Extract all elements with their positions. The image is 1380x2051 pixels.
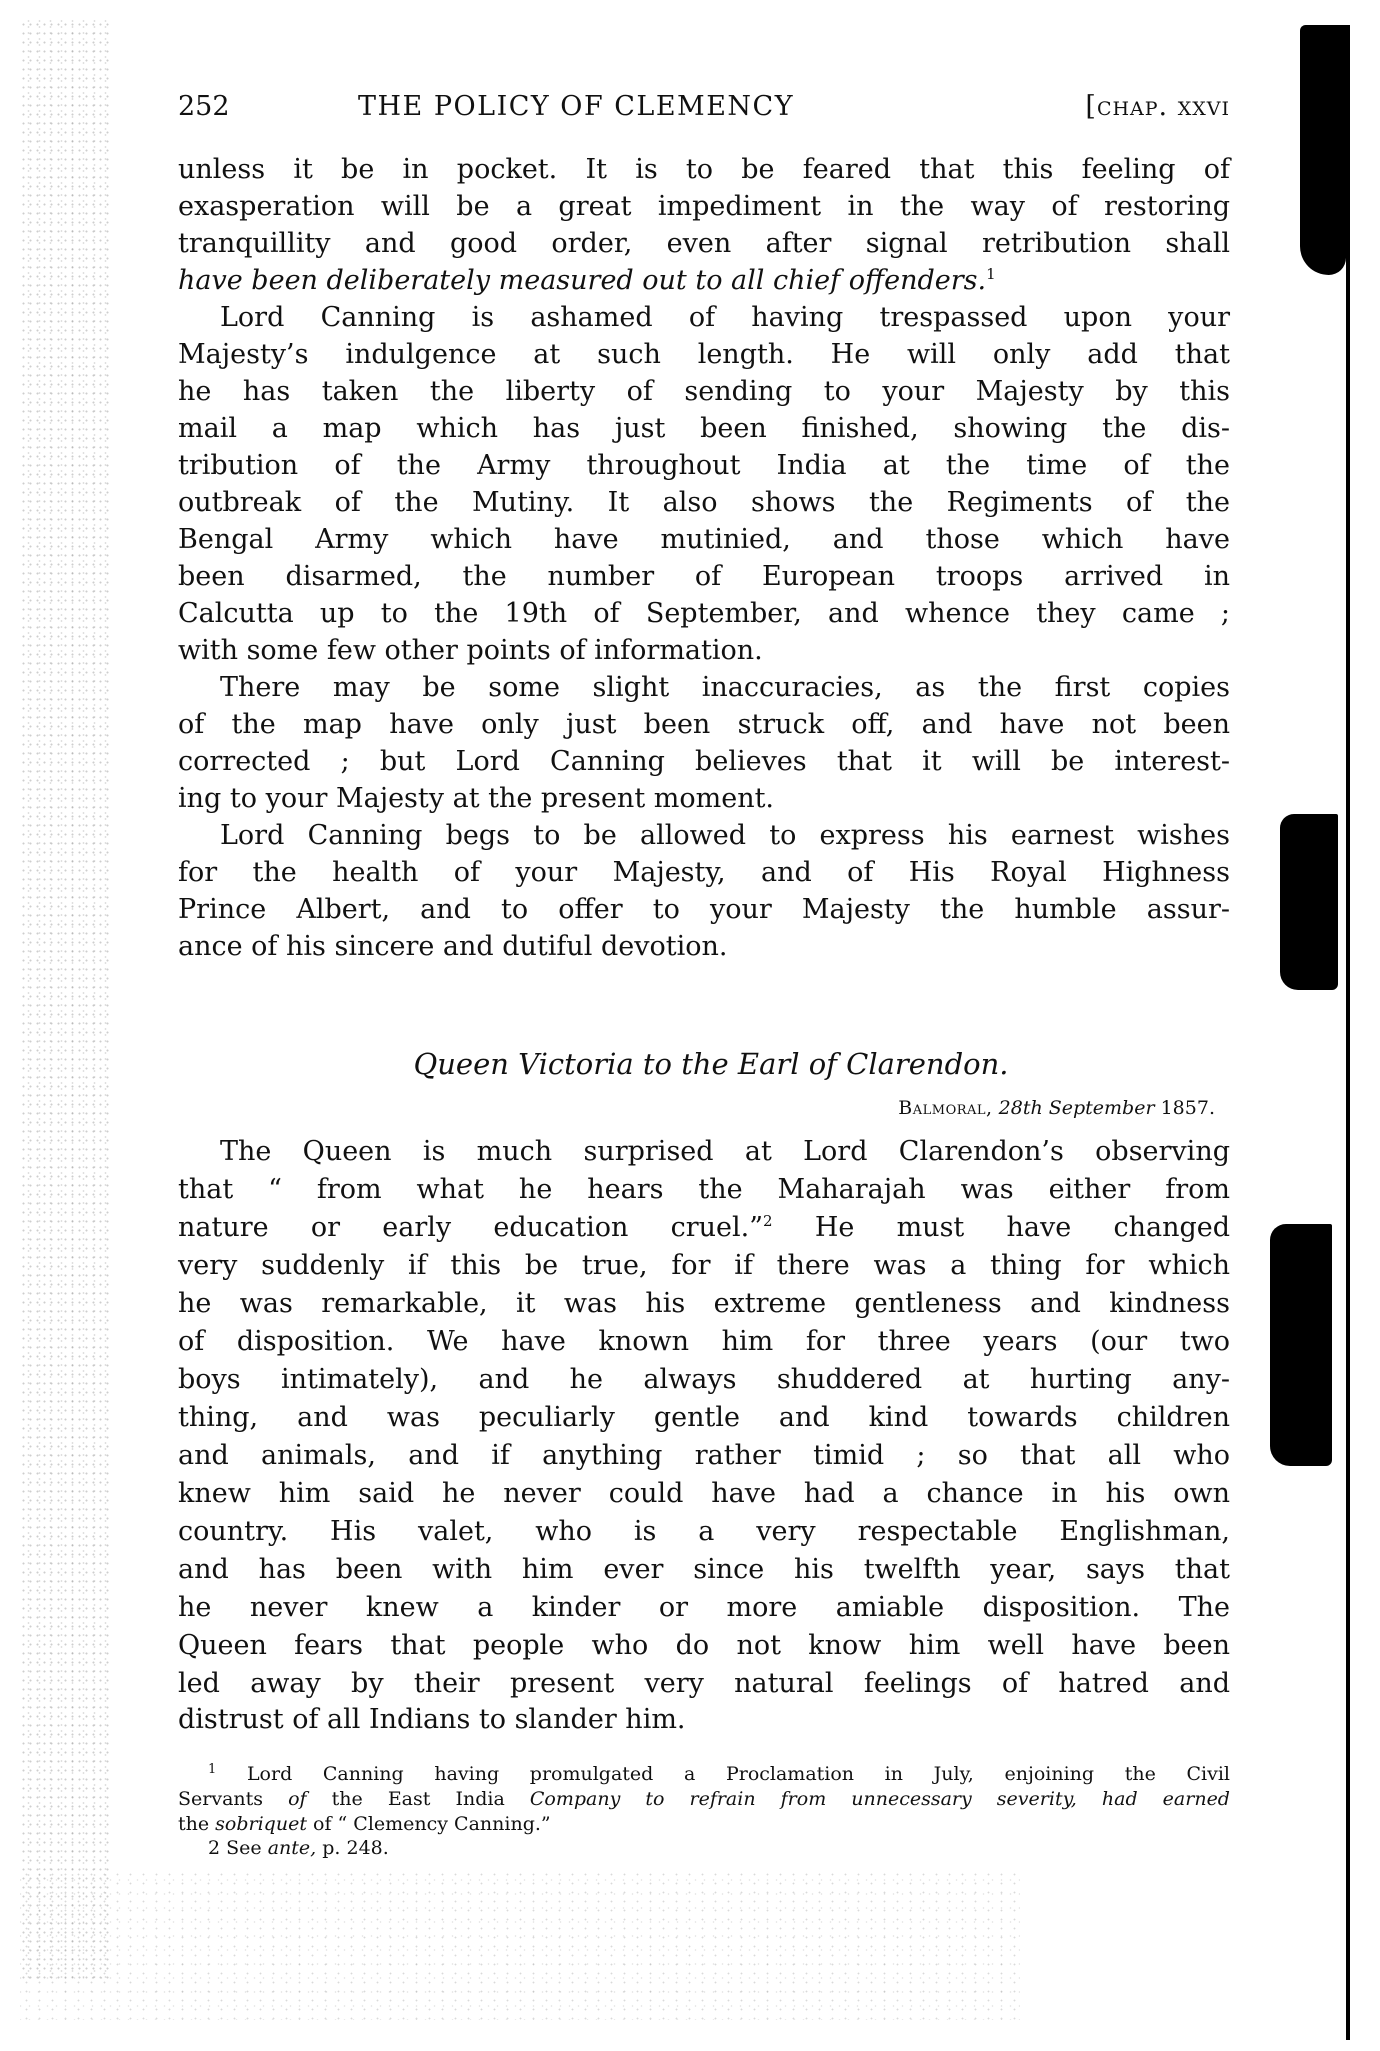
book-page: 252 THE POLICY OF CLEMENCY [chap. xxvi u… xyxy=(0,0,1380,2051)
body-line: outbreak of the Mutiny. It also shows th… xyxy=(178,484,1230,521)
body-line: thing, and was peculiarly gentle and kin… xyxy=(178,1399,1230,1436)
body-line: Prince Albert, and to offer to your Maje… xyxy=(178,891,1230,928)
footnote-text-italic: of xyxy=(288,1788,306,1810)
body-line: Bengal Army which have mutinied, and tho… xyxy=(178,521,1230,558)
body-line-text: He must have changed xyxy=(815,1212,1230,1243)
body-line: There may be some slight inaccuracies, a… xyxy=(178,669,1230,706)
body-line: The Queen is much surprised at Lord Clar… xyxy=(178,1133,1230,1170)
footnote-text-italic: ante, xyxy=(268,1837,316,1859)
body-line: Lord Canning begs to be allowed to expre… xyxy=(178,817,1230,854)
footnote-text: Servants xyxy=(178,1788,263,1810)
page-edge-line xyxy=(1346,25,1350,2040)
body-line: he was remarkable, it was his extreme ge… xyxy=(178,1285,1230,1322)
body-line: nature or early education cruel.”2 He mu… xyxy=(178,1209,1230,1246)
scan-edge-shadow-middle xyxy=(1280,814,1338,990)
body-line: that “ from what he hears the Maharajah … xyxy=(178,1171,1230,1208)
body-line: boys intimately), and he always shuddere… xyxy=(178,1361,1230,1398)
footnote-ref-1[interactable]: 1 xyxy=(986,265,996,283)
body-line: ance of his sincere and dutiful devotion… xyxy=(178,928,1230,965)
page-number: 252 xyxy=(178,88,230,125)
footnote-ref-2[interactable]: 2 xyxy=(763,1212,773,1230)
letter-title: Queen Victoria to the Earl of Clarendon. xyxy=(178,1046,1230,1083)
body-line: and has been with him ever since his twe… xyxy=(178,1551,1230,1588)
body-line: have been deliberately measured out to a… xyxy=(178,262,1230,299)
footnote-text: the xyxy=(178,1813,209,1835)
body-line: of the map have only just been struck of… xyxy=(178,706,1230,743)
footnote-1-line: 1 Lord Canning having promulgated a Proc… xyxy=(178,1762,1230,1787)
dateline-place: Balmoral, xyxy=(898,1097,992,1119)
body-line: Queen fears that people who do not know … xyxy=(178,1627,1230,1664)
footnote-text-italic: sobriquet xyxy=(215,1813,307,1835)
body-line: he has taken the liberty of sending to y… xyxy=(178,373,1230,410)
body-line: ing to your Majesty at the present momen… xyxy=(178,780,1230,817)
footnote-text: p. 248. xyxy=(322,1837,389,1859)
body-line: unless it be in pocket. It is to be fear… xyxy=(178,151,1230,188)
scan-edge-shadow-lower xyxy=(1270,1224,1332,1466)
footnote-text-italic: Company to refrain from unnecessary seve… xyxy=(530,1788,1230,1810)
scan-noise-bottom xyxy=(20,1870,1020,2020)
body-line: of disposition. We have known him for th… xyxy=(178,1323,1230,1360)
footnote-1-number: 1 xyxy=(208,1762,216,1777)
body-line: he never knew a kinder or more amiable d… xyxy=(178,1589,1230,1626)
body-line: knew him said he never could have had a … xyxy=(178,1475,1230,1512)
body-line: distrust of all Indians to slander him. xyxy=(178,1701,1230,1738)
footnote-text: the East India xyxy=(332,1788,505,1810)
running-head: 252 THE POLICY OF CLEMENCY [chap. xxvi xyxy=(178,88,1230,125)
scan-noise-left xyxy=(20,20,110,1980)
body-line: been disarmed, the number of European tr… xyxy=(178,558,1230,595)
footnote-2-line: 2 See ante, p. 248. xyxy=(178,1836,1230,1861)
body-line: with some few other points of informatio… xyxy=(178,632,1230,669)
body-line-text: nature or early education cruel.” xyxy=(178,1212,763,1243)
footnote-text: of “ Clemency Canning.” xyxy=(313,1813,551,1835)
letter-dateline: Balmoral, 28th September 1857. xyxy=(898,1095,1215,1121)
body-line: very suddenly if this be true, for if th… xyxy=(178,1247,1230,1284)
body-line: Majesty’s indulgence at such length. He … xyxy=(178,336,1230,373)
body-line: exasperation will be a great impediment … xyxy=(178,188,1230,225)
body-line: Calcutta up to the 19th of September, an… xyxy=(178,595,1230,632)
body-line: for the health of your Majesty, and of H… xyxy=(178,854,1230,891)
footnote-text: Lord Canning having promulgated a Procla… xyxy=(247,1763,1230,1785)
footnote-text: See xyxy=(226,1837,262,1859)
body-line-text: have been deliberately measured out to a… xyxy=(178,265,986,296)
body-line: tribution of the Army throughout India a… xyxy=(178,447,1230,484)
footnote-1-line: the sobriquet of “ Clemency Canning.” xyxy=(178,1812,1230,1837)
dateline-year: 1857. xyxy=(1161,1097,1215,1119)
body-line: country. His valet, who is a very respec… xyxy=(178,1513,1230,1550)
body-line: and animals, and if anything rather timi… xyxy=(178,1437,1230,1474)
dateline-date: 28th September xyxy=(999,1097,1155,1119)
body-line: Lord Canning is ashamed of having trespa… xyxy=(178,299,1230,336)
footnote-1-line: Servants of the East India Company to re… xyxy=(178,1787,1230,1812)
body-line: tranquillity and good order, even after … xyxy=(178,225,1230,262)
chapter-label: [chap. xxvi xyxy=(1085,88,1230,125)
body-line: led away by their present very natural f… xyxy=(178,1665,1230,1702)
scan-edge-shadow-top xyxy=(1300,25,1346,275)
footnote-2-number: 2 xyxy=(208,1837,220,1859)
body-line: mail a map which has just been finished,… xyxy=(178,410,1230,447)
running-title: THE POLICY OF CLEMENCY xyxy=(358,88,794,125)
body-line: corrected ; but Lord Canning believes th… xyxy=(178,743,1230,780)
